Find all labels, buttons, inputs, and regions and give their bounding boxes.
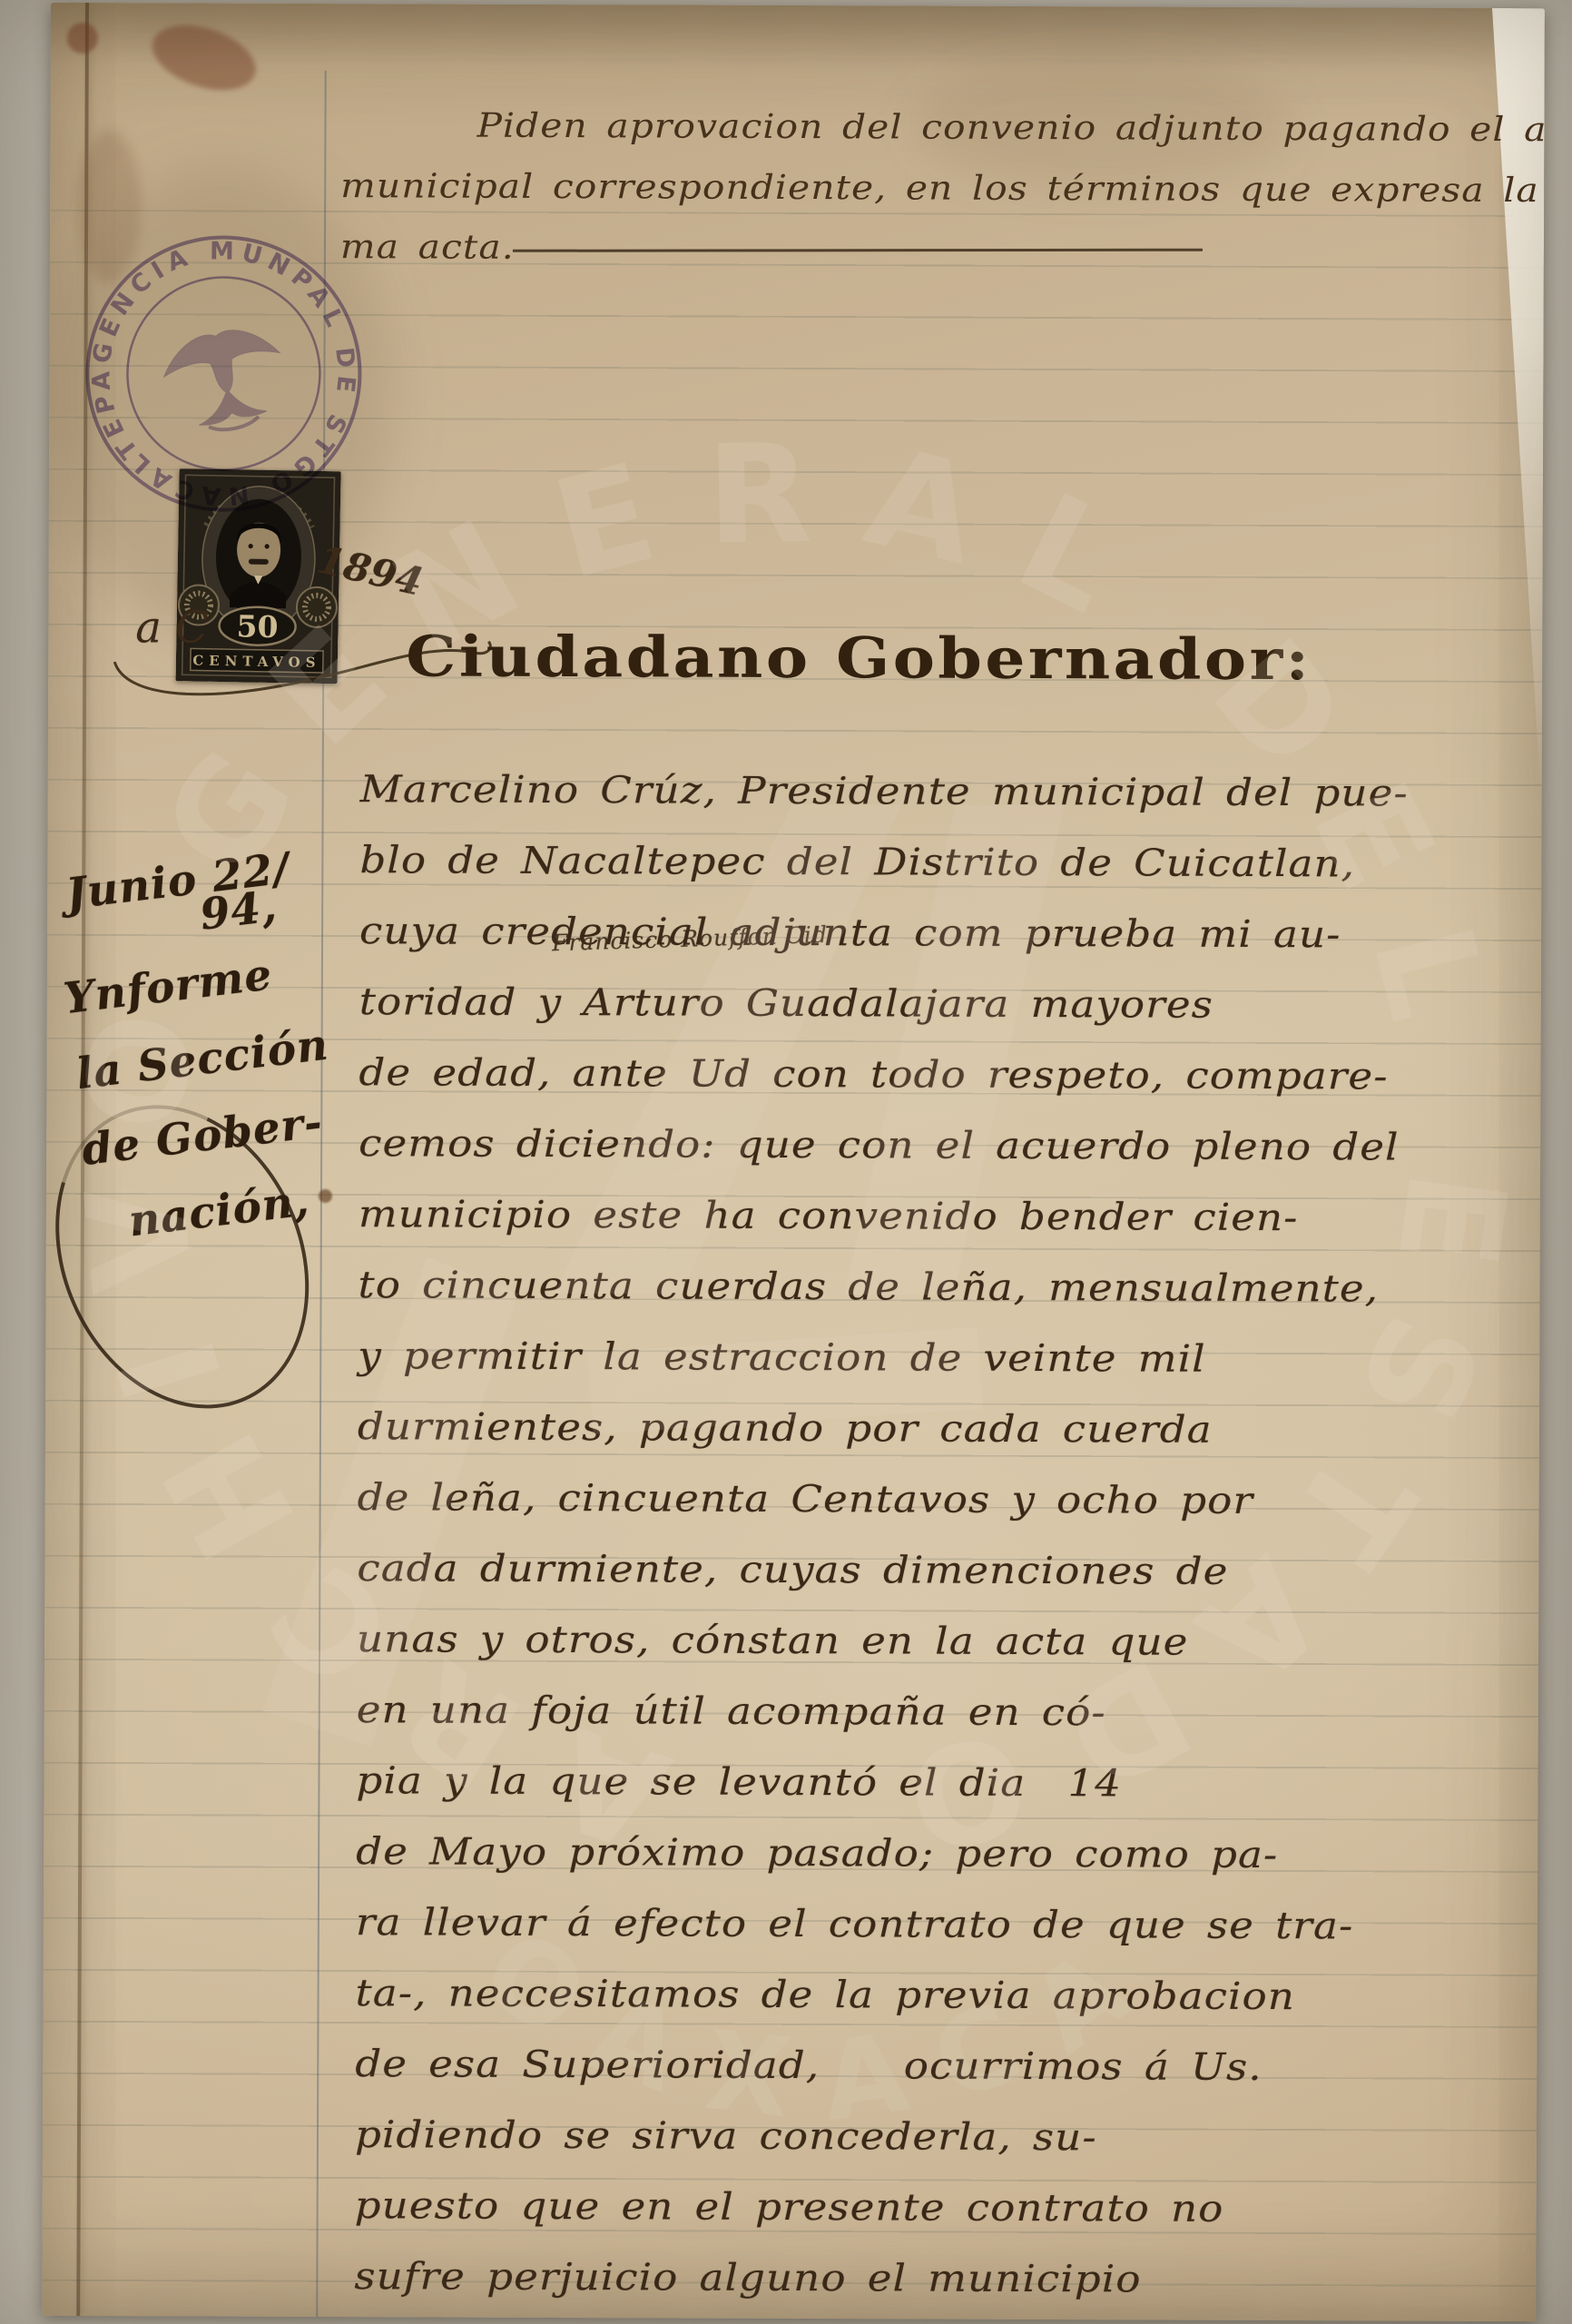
manuscript-line: durmientes, pagando por cada cuerda	[358, 1391, 1456, 1466]
manuscript-line: pidiendo se sirva concederla, su-	[355, 2099, 1453, 2174]
paper-top-shading	[51, 3, 1545, 72]
header-annotation: Piden aprovacion del convenio adjunto pa…	[340, 94, 1385, 281]
eagle-emblem-icon	[158, 321, 293, 440]
manuscript-line: pia y la que se levantó el dia 14	[356, 1745, 1454, 1820]
manuscript-line: de edad, ante Ud con todo respeto, compa…	[359, 1037, 1457, 1112]
ink-rule-line	[513, 249, 1203, 252]
header-annotation-text: ma acta.	[340, 216, 515, 278]
manuscript-line: de Mayo próximo pasado; pero como pa-	[356, 1816, 1454, 1891]
manuscript-body: Marcelino Crúz, Presidente municipal del…	[354, 753, 1359, 2315]
header-annotation-line: ma acta.	[340, 216, 1384, 281]
header-annotation-line: municipal correspondiente, en los términ…	[340, 155, 1488, 221]
photo-of-document: Piden aprovacion del convenio adjunto pa…	[0, 0, 1572, 2324]
manuscript-line: y permitir la estraccion de veinte mil	[358, 1320, 1456, 1395]
manuscript-line: ta-, neccesitamos de la previa aprobacio…	[355, 1957, 1453, 2033]
manuscript-line: municipio este ha convenido bender cien-	[359, 1178, 1457, 1254]
header-annotation-line: Piden aprovacion del convenio adjunto pa…	[477, 95, 1475, 160]
manuscript-line: puesto que en el presente contrato no	[355, 2170, 1453, 2245]
document-salutation: Ciudadano Gobernador:	[406, 623, 1312, 693]
manuscript-line: cada durmiente, cuyas dimenciones de	[357, 1532, 1455, 1608]
manuscript-line: unas y otros, cónstan en la acta que	[357, 1603, 1455, 1679]
manuscript-line: ra llevar á efecto el contrato de que se…	[356, 1886, 1454, 1962]
document-page: Piden aprovacion del convenio adjunto pa…	[42, 3, 1545, 2321]
manuscript-line: toridad y Arturo Guadalajara mayores	[359, 966, 1458, 1041]
manuscript-line: blo de Nacaltepec del Distrito de Cuicat…	[359, 824, 1458, 900]
manuscript-line: cemos diciendo: que con el acuerdo pleno…	[359, 1108, 1457, 1183]
manuscript-line: en una foja útil acompaña en có-	[357, 1674, 1455, 1749]
manuscript-line: Marcelino Crúz, Presidente municipal del…	[360, 753, 1459, 829]
manuscript-line: to cincuenta cuerdas de leña, mensualmen…	[358, 1249, 1456, 1324]
manuscript-line: sufre perjuicio alguno el municipio	[354, 2240, 1452, 2316]
manuscript-line: de esa Superioridad, ocurrimos á Us.	[355, 2028, 1453, 2103]
manuscript-line: de leña, cincuenta Centavos y ocho por	[358, 1462, 1456, 1537]
manuscript-line: cuya credencial adjunta com prueba mi au…	[359, 895, 1458, 970]
